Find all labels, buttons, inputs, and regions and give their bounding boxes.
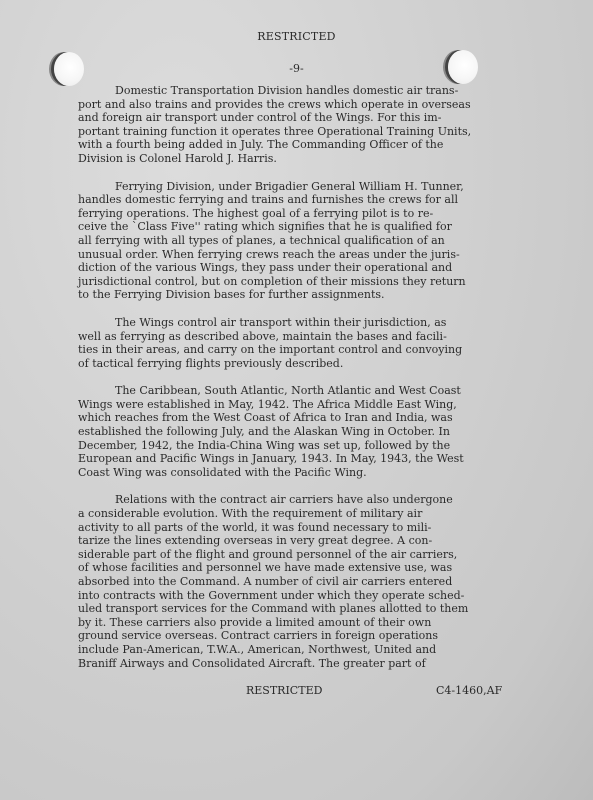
paragraph: The Caribbean, South Atlantic, North Atl… <box>78 384 496 479</box>
text-line: include Pan-American, T.W.A., American, … <box>41 643 496 657</box>
text-line: tarize the lines extending overseas in v… <box>41 534 496 548</box>
text-line: uled transport services for the Command … <box>41 602 496 616</box>
text-line: a considerable evolution. With the requi… <box>41 507 496 521</box>
paragraph: Domestic Transportation Division handles… <box>78 84 496 166</box>
text-line: Ferrying Division, under Brigadier Gener… <box>78 180 496 194</box>
text-line: of whose facilities and personnel we hav… <box>41 561 496 575</box>
paragraph: Ferrying Division, under Brigadier Gener… <box>78 180 496 302</box>
text-line: jurisdictional control, but on completio… <box>41 275 496 289</box>
text-line: The Wings control air transport within t… <box>78 316 496 330</box>
header-classification: RESTRICTED <box>0 30 593 43</box>
text-line: established the following July, and the … <box>41 425 496 439</box>
text-line: Domestic Transportation Division handles… <box>78 84 496 98</box>
text-line: ground service overseas. Contract carrie… <box>41 629 496 643</box>
text-line: Relations with the contract air carriers… <box>78 493 496 507</box>
text-line: siderable part of the flight and ground … <box>41 548 496 562</box>
document-code: C4-1460,AF <box>436 684 502 697</box>
text-line: by it. These carriers also provide a lim… <box>41 616 496 630</box>
text-line: to the Ferrying Division bases for furth… <box>41 288 496 302</box>
text-line: which reaches from the West Coast of Afr… <box>41 411 496 425</box>
text-line: well as ferrying as described above, mai… <box>41 330 496 344</box>
text-line: Braniff Airways and Consolidated Aircraf… <box>41 657 496 671</box>
text-line: and foreign air transport under control … <box>41 111 496 125</box>
text-line: Coast Wing was consolidated with the Pac… <box>41 466 496 480</box>
text-line: portant training function it operates th… <box>41 125 496 139</box>
text-line: ceive the `Class Five'' rating which sig… <box>41 220 496 234</box>
text-line: Wings were established in May, 1942. The… <box>41 398 496 412</box>
text-line: of tactical ferrying flights previously … <box>41 357 496 371</box>
document-body: Domestic Transportation Division handles… <box>78 84 496 684</box>
text-line: unusual order. When ferrying crews reach… <box>41 248 496 262</box>
text-line: Division is Colonel Harold J. Harris. <box>41 152 496 166</box>
paragraph: Relations with the contract air carriers… <box>78 493 496 670</box>
text-line: activity to all parts of the world, it w… <box>41 521 496 535</box>
paragraph: The Wings control air transport within t… <box>78 316 496 370</box>
text-line: December, 1942, the India-China Wing was… <box>41 439 496 453</box>
text-line: handles domestic ferrying and trains and… <box>41 193 496 207</box>
text-line: all ferrying with all types of planes, a… <box>41 234 496 248</box>
text-line: with a fourth being added in July. The C… <box>41 138 496 152</box>
text-line: absorbed into the Command. A number of c… <box>41 575 496 589</box>
footer-classification: RESTRICTED <box>246 684 322 697</box>
text-line: diction of the various Wings, they pass … <box>41 261 496 275</box>
text-line: The Caribbean, South Atlantic, North Atl… <box>78 384 496 398</box>
page-number: -9- <box>0 62 593 75</box>
text-line: ties in their areas, and carry on the im… <box>41 343 496 357</box>
document-page: RESTRICTED -9- Domestic Transportation D… <box>0 0 593 800</box>
text-line: port and also trains and provides the cr… <box>41 98 496 112</box>
text-line: ferrying operations. The highest goal of… <box>41 207 496 221</box>
text-line: European and Pacific Wings in January, 1… <box>41 452 496 466</box>
text-line: into contracts with the Government under… <box>41 589 496 603</box>
